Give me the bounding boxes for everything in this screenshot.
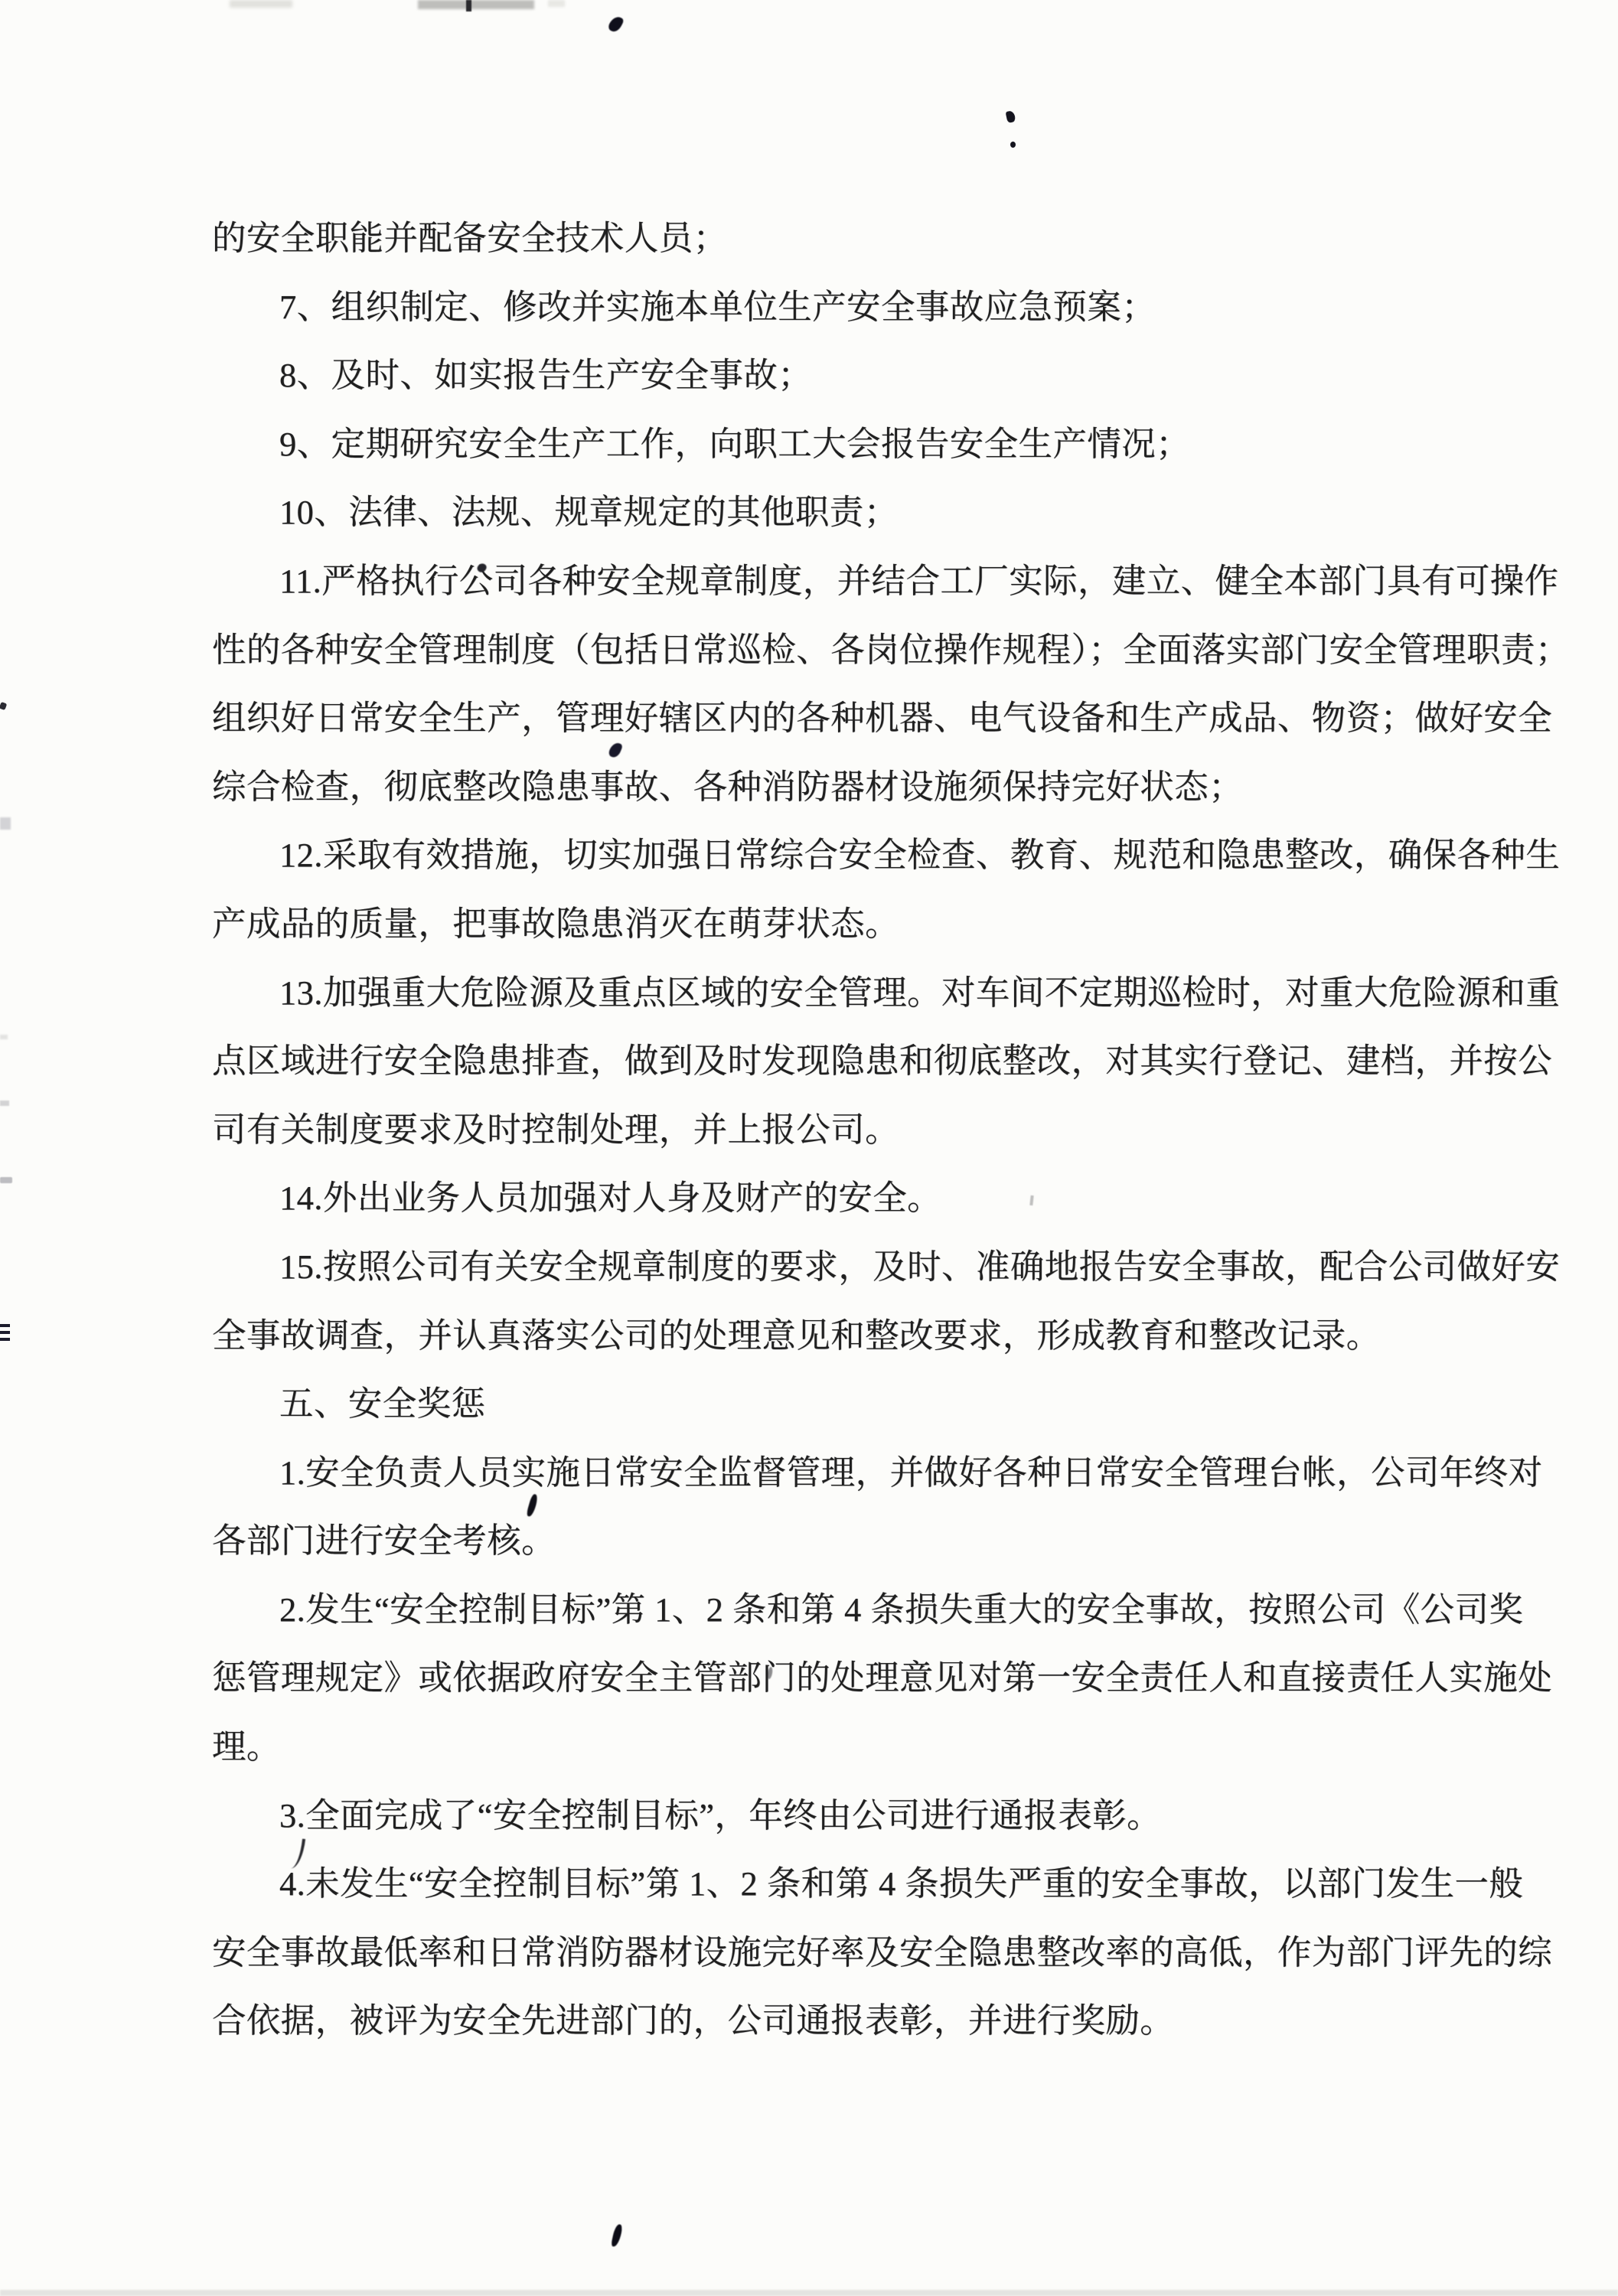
document-line: 合依据，被评为安全先进部门的，公司通报表彰，并进行奖励。 xyxy=(212,1987,1544,2056)
document-line: 1.安全负责人员实施日常安全监督管理，并做好各种日常安全管理台帐，公司年终对 xyxy=(212,1439,1544,1508)
text-column: 的安全职能并配备安全技术人员；7、组织制定、修改并实施本单位生产安全事故应急预案… xyxy=(212,204,1544,2056)
document-line: 各部门进行安全考核。 xyxy=(212,1507,1544,1576)
ink-speck xyxy=(611,2223,623,2247)
document-line: 15.按照公司有关安全规章制度的要求，及时、准确地报告安全事故，配合公司做好安 xyxy=(212,1233,1544,1302)
document-line: 10、法律、法规、规章规定的其他职责； xyxy=(212,478,1544,547)
document-line: 14.外出业务人员加强对人身及财产的安全。 xyxy=(212,1164,1544,1233)
document-line: 安全事故最低率和日常消防器材设施完好率及安全隐患整改率的高低，作为部门评先的综 xyxy=(212,1919,1544,1988)
document-line: 9、定期研究安全生产工作，向职工大会报告安全生产情况； xyxy=(212,410,1544,479)
page-edge-mark xyxy=(0,1101,9,1106)
document-line: 惩管理规定》或依据政府安全主管部门的处理意见对第一安全责任人和直接责任人实施处 xyxy=(212,1644,1544,1713)
document-line: 11.严格执行公司各种安全规章制度，并结合工厂实际，建立、健全本部门具有可操作 xyxy=(212,547,1544,616)
document-line: 产成品的质量，把事故隐患消灭在萌芽状态。 xyxy=(212,890,1544,959)
scan-strip xyxy=(418,0,534,9)
scan-smudge xyxy=(548,0,565,7)
document-line: 司有关制度要求及时控制处理，并上报公司。 xyxy=(212,1096,1544,1165)
document-line: 3.全面完成了“安全控制目标”，年终由公司进行通报表彰。 xyxy=(212,1782,1544,1851)
document-line: 的安全职能并配备安全技术人员； xyxy=(212,204,1544,273)
document-line: 性的各种安全管理制度（包括日常巡检、各岗位操作规程）；全面落实部门安全管理职责； xyxy=(212,616,1544,685)
document-line: 理。 xyxy=(212,1713,1544,1782)
ink-speck xyxy=(1010,142,1016,148)
document-line: 全事故调查，并认真落实公司的处理意见和整改要求，形成教育和整改记录。 xyxy=(212,1302,1544,1371)
page-edge-mark xyxy=(0,817,11,830)
document-line: 4.未发生“安全控制目标”第 1、2 条和第 4 条损失严重的安全事故，以部门发… xyxy=(212,1850,1544,1919)
document-line: 组织好日常安全生产，管理好辖区内的各种机器、电气设备和生产成品、物资；做好安全 xyxy=(212,684,1544,753)
document-line: 2.发生“安全控制目标”第 1、2 条和第 4 条损失重大的安全事故，按照公司《… xyxy=(212,1576,1544,1645)
page-edge-mark xyxy=(0,702,7,710)
ink-tick xyxy=(466,0,471,11)
ink-speck xyxy=(607,15,625,34)
scan-smudge xyxy=(230,0,292,8)
document-line: 综合检查，彻底整改隐患事故、各种消防器材设施须保持完好状态； xyxy=(212,753,1544,822)
page-bottom-edge xyxy=(0,2290,1618,2296)
document-line: 12.采取有效措施，切实加强日常综合安全检查、教育、规范和隐患整改，确保各种生 xyxy=(212,821,1544,890)
document-line: 13.加强重大危险源及重点区域的安全管理。对车间不定期巡检时，对重大危险源和重 xyxy=(212,959,1544,1028)
ink-speck xyxy=(1006,110,1016,123)
page-edge-mark xyxy=(0,1177,12,1183)
document-line: 7、组织制定、修改并实施本单位生产安全事故应急预案； xyxy=(212,273,1544,342)
page-edge-mark xyxy=(0,1324,10,1344)
document-line: 8、及时、如实报告生产安全事故； xyxy=(212,341,1544,410)
document-line: 五、安全奖惩 xyxy=(212,1370,1544,1439)
scanned-document-page: 的安全职能并配备安全技术人员；7、组织制定、修改并实施本单位生产安全事故应急预案… xyxy=(0,0,1618,2296)
page-edge-mark xyxy=(0,1035,8,1039)
document-line: 点区域进行安全隐患排查，做到及时发现隐患和彻底整改，对其实行登记、建档，并按公 xyxy=(212,1027,1544,1096)
